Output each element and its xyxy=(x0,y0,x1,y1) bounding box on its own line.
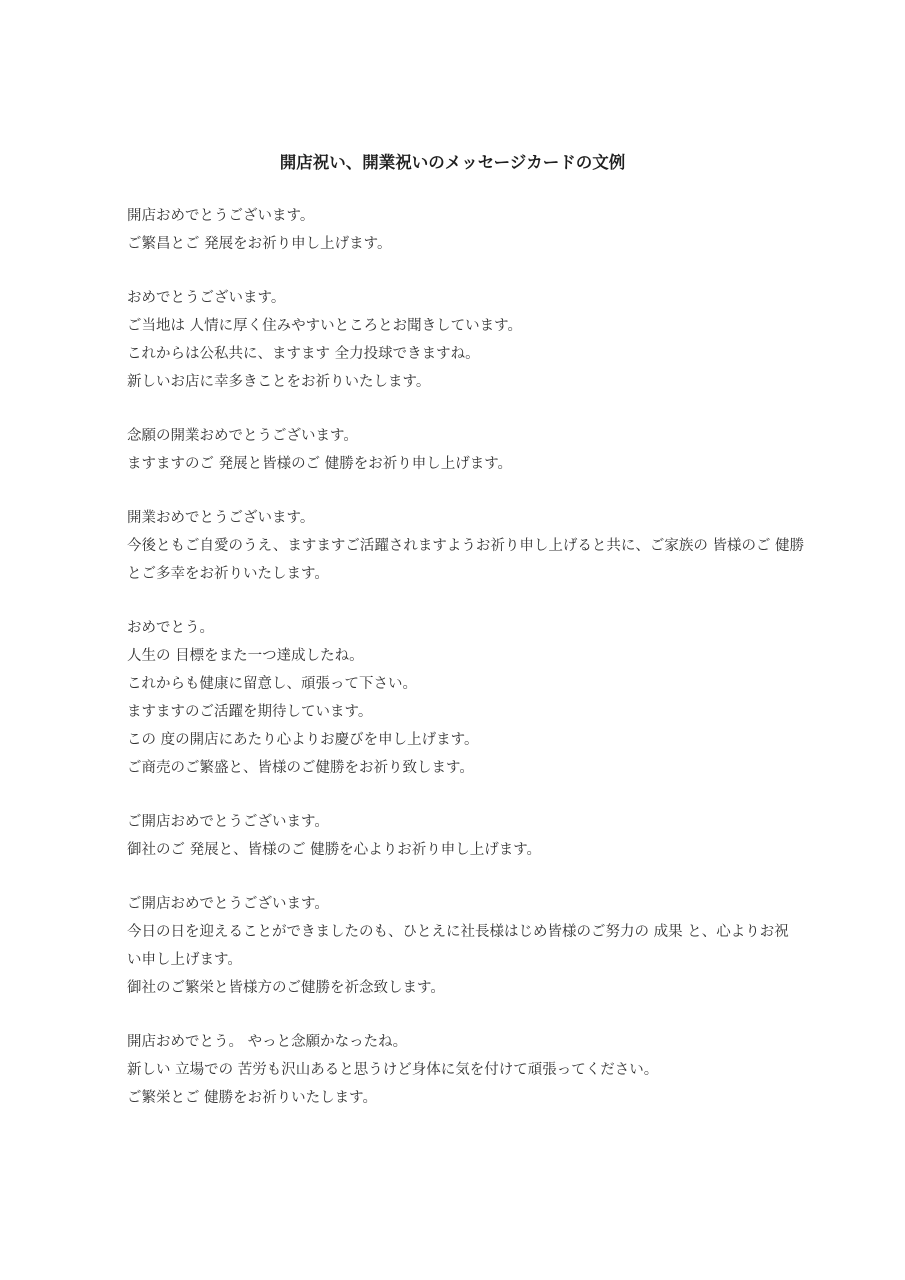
page-title: 開店祝い、開業祝いのメッセージカードの文例 xyxy=(0,0,905,176)
message-paragraph-4: 開業おめでとうございます。 今後ともご自愛のうえ、ますますご活躍されますようお祈… xyxy=(127,504,807,588)
message-paragraph-5: おめでとう。 人生の 目標をまた一つ達成したね。 これからも健康に留意し、頑張っ… xyxy=(127,614,807,782)
message-paragraph-3: 念願の開業おめでとうございます。 ますますのご 発展と皆様のご 健勝をお祈り申し… xyxy=(127,422,807,478)
message-paragraph-6: ご開店おめでとうございます。 御社のご 発展と、皆様のご 健勝を心よりお祈り申し… xyxy=(127,808,807,864)
message-paragraph-7: ご開店おめでとうございます。 今日の日を迎えることができましたのも、ひとえに社長… xyxy=(127,890,807,1002)
message-paragraph-1: 開店おめでとうございます。 ご繁昌とご 発展をお祈り申し上げます。 xyxy=(127,202,807,258)
message-paragraph-8: 開店おめでとう。 やっと念願かなったね。 新しい 立場での 苦労も沢山あると思う… xyxy=(127,1028,807,1112)
document-body: 開店おめでとうございます。 ご繁昌とご 発展をお祈り申し上げます。 おめでとうご… xyxy=(0,176,905,1112)
document-page: 開店祝い、開業祝いのメッセージカードの文例 開店おめでとうございます。 ご繁昌と… xyxy=(0,0,905,1280)
message-paragraph-2: おめでとうございます。 ご当地は 人情に厚く住みやすいところとお聞きしています。… xyxy=(127,284,807,396)
